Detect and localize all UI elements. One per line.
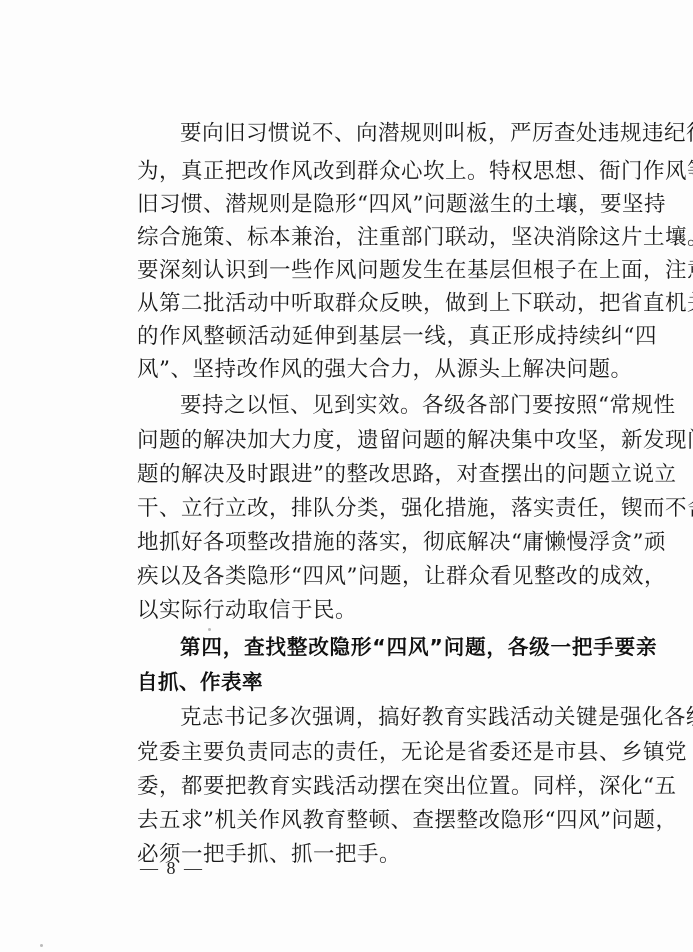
paragraph-3-line-3: 委，都要把教育实践活动摆在突出位置。同样，深化“五 — [137, 770, 657, 804]
page-number: — 8 — — [140, 858, 204, 879]
paragraph-3-line-1: 克志书记多次强调，搞好教育实践活动关键是强化各级 — [180, 701, 657, 735]
paragraph-2-line-6: 疾以及各类隐形“四风”问题，让群众看见整改的成效， — [137, 560, 657, 594]
paragraph-2-line-5: 地抓好各项整改措施的落实，彻底解决“庸懒慢浮贪”顽 — [137, 526, 657, 560]
paragraph-1-line-1: 要向旧习惯说不、向潜规则叫板，严厉查处违规违纪行 — [180, 117, 657, 151]
paragraph-2-line-2: 问题的解决加大力度，遗留问题的解决集中攻坚，新发现问 — [137, 424, 657, 458]
paragraph-1-line-8: 风”、坚持改作风的强大合力，从源头上解决问题。 — [137, 353, 657, 387]
paragraph-3-line-2: 党委主要负责同志的责任，无论是省委还是市县、乡镇党 — [137, 736, 657, 770]
paragraph-2-line-3: 题的解决及时跟进”的整改思路，对查摆出的问题立说立 — [137, 458, 657, 492]
paragraph-3-line-5: 必须一把手抓、抓一把手。 — [137, 838, 657, 872]
document-page: 要向旧习惯说不、向潜规则叫板，严厉查处违规违纪行 为，真正把改作风改到群众心坎上… — [0, 0, 693, 952]
paragraph-1-line-2: 为，真正把改作风改到群众心坎上。特权思想、衙门作风等 — [137, 155, 657, 189]
paragraph-3-line-4: 去五求”机关作风教育整顿、查摆整改隐形“四风”问题， — [137, 804, 657, 838]
paragraph-1-line-7: 的作风整顿活动延伸到基层一线，真正形成持续纠“四 — [137, 320, 657, 354]
section-heading-line-2: 自抓、作表率 — [137, 665, 657, 699]
paragraph-1-line-4: 综合施策、标本兼治，注重部门联动，坚决消除这片土壤。 — [137, 221, 657, 255]
section-heading-line-1: 第四，查找整改隐形“四风”问题，各级一把手要亲 — [180, 630, 657, 664]
scan-artifact — [40, 944, 43, 947]
paragraph-1-line-6: 从第二批活动中听取群众反映，做到上下联动，把省直机关 — [137, 287, 657, 321]
scan-artifact — [208, 628, 211, 631]
paragraph-1-line-5: 要深刻认识到一些作风问题发生在基层但根子在上面，注意 — [137, 254, 657, 288]
paragraph-2-line-4: 干、立行立改，排队分类，强化措施，落实责任，锲而不舍 — [137, 492, 657, 526]
paragraph-2-line-1: 要持之以恒、见到实效。各级各部门要按照“常规性 — [180, 389, 657, 423]
paragraph-1-line-3: 旧习惯、潜规则是隐形“四风”问题滋生的土壤，要坚持 — [137, 188, 657, 222]
paragraph-2-line-7: 以实际行动取信于民。 — [137, 594, 657, 628]
